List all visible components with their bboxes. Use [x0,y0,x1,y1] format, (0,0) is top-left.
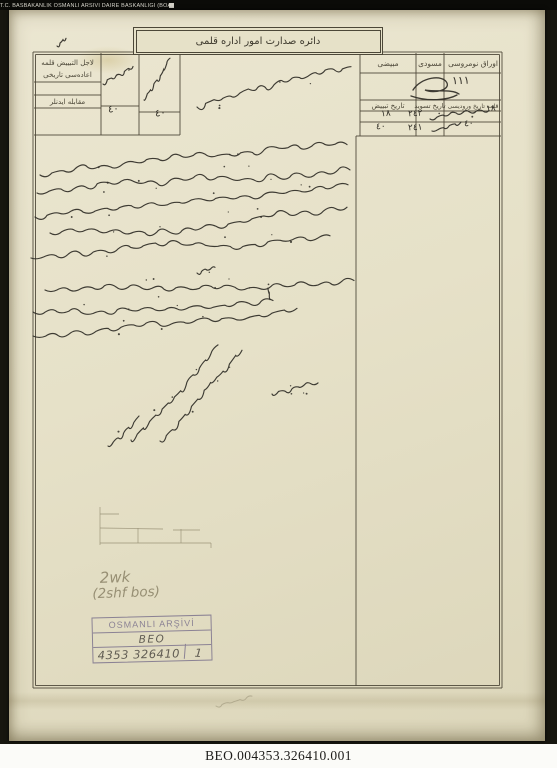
body-line-6 [45,278,354,291]
body-line-1-dot [237,153,239,155]
body-line-2-dot [270,179,271,180]
body-line-4-dot [260,216,262,218]
body-line-3-dot [301,184,302,185]
word-salim-dot [209,272,210,273]
body-line-6-dot [153,278,155,280]
body-line-5-dot [106,255,108,257]
diagonal-note-1-dot [172,396,174,398]
body-line-1-dot [248,165,249,166]
body-line-6-dot [214,287,216,289]
margin-mark [268,288,270,300]
numero-note [103,67,133,85]
form-title-box: دائره صدارت امور اداره قلمى [133,27,383,55]
body-line-8 [33,308,297,337]
body-line-4-dot [228,211,229,212]
diagonal-note-2-dot [217,380,218,381]
diagonal-note-2-dot [192,411,194,413]
body-line-7-dot [128,308,129,309]
form-linework [0,0,557,768]
evrak-no-column-label: اوراق نومروسى [445,55,501,71]
body-line-1-dot [98,166,100,168]
subject-line [197,67,351,110]
body-line-8-dot [202,316,204,318]
body-line-5-dot [271,234,272,235]
diagonal-note-3-dot [117,431,119,433]
diagonal-note-1-dot [196,369,197,370]
diagonal-note-1-dot [153,409,155,411]
body-line-2-dot [103,191,105,193]
numero-note-dot [128,69,130,71]
pencil-note-line2: (2shf bos) [92,584,160,602]
small-note-dot [306,393,308,395]
body-line-2-dot [107,182,109,184]
body-line-3-dot [108,214,110,216]
tesvid-scribble-2 [432,122,461,131]
body-line-5-dot [290,241,292,243]
body-line-8-dot [123,320,125,322]
body-line-1-dot [229,154,231,156]
musvedde-column-label: مسودى [415,57,445,70]
body-line-6-dot [249,287,250,288]
pencil-note: 2wk (2shf bos) [91,567,160,602]
body-line-3 [35,183,348,219]
handwritten-numeral: ٤٠ [376,122,386,133]
body-line-1-dot [223,166,225,168]
handwritten-numeral: ٢٤١ [408,123,423,134]
body-line-6-dot [228,278,229,279]
tesvid-scribble-1-dot [471,116,473,118]
body-line-2-dot [156,188,157,189]
tesvid-scribble-1 [430,110,489,120]
iade-label-line2: اعاده‌سى تاريخى [36,68,99,81]
handwritten-numeral: ١٨ [381,109,391,120]
handwritten-numeral: ٤٠ [154,107,166,119]
body-line-3-dot [213,192,215,194]
body-line-8-dot [161,328,163,330]
form-title: دائره صدارت امور اداره قلمى [136,30,381,53]
word-salim [197,267,215,275]
body-line-5-dot [224,236,226,238]
body-line-5 [31,235,330,259]
body-line-2-dot [138,180,140,182]
diagonal-note-2-dot [229,367,230,368]
subject-line-dot [218,107,220,109]
body-line-4-dot [257,208,259,210]
corner-mark [57,38,66,47]
subject-line-dot [310,83,311,84]
small-note-dot [291,393,293,395]
mubeyyiz-column-label: مبيضى [361,57,415,70]
body-line-6-dot [146,279,147,280]
bottom-faint-mark [216,696,252,707]
small-note-dot [290,385,291,386]
handwritten-numeral: ١٨ [486,104,497,115]
mukabele-label: مقابله ايدنلر [36,96,99,107]
body-line-3-dot [309,186,311,188]
stamp-page-number: 1 [184,644,212,661]
body-line-7 [33,299,273,314]
handwritten-numeral: ٢٤٢ [408,109,423,120]
small-note-dot [303,392,304,393]
archive-scan: T.C. BASBAKANLIK OSMANLI ARSIVI DAIRE BA… [0,0,557,768]
body-line-1 [40,142,347,177]
body-line-2 [37,167,350,194]
body-line-4-dot [113,231,114,232]
handwritten-numeral: ٤٠ [464,119,475,130]
subject-line-dot [279,81,281,83]
tesvid-scribble-1-dot [438,113,440,115]
body-line-7-dot [177,305,178,306]
diagonal-note-2 [160,350,242,442]
margin-mark-dot [268,284,270,286]
small-note [272,383,318,396]
archive-stamp: OSMANLI ARŞİVİ BEO 4353 326410 1 [91,615,212,664]
stamp-document-number: 4353 326410 [93,645,184,662]
subject-line-dot [219,105,221,107]
handwriting-strokes [31,38,489,707]
body-line-4-dot [159,226,160,227]
body-line-8-dot [118,333,120,335]
handwritten-numeral: ٤٠ [107,103,119,115]
diagonal-note-3 [108,416,139,447]
body-line-7-dot [83,304,84,305]
archive-reference: BEO.004353.326410.001 [205,748,352,764]
pencil-diagram [100,507,211,548]
body-line-3-dot [71,216,73,218]
body-line-7-dot [158,296,160,298]
left-signature [144,58,170,100]
handwritten-numeral: ١١١ [452,74,470,88]
caption-strip: BEO.004353.326410.001 [0,744,557,768]
diagonal-note-1 [131,345,218,442]
